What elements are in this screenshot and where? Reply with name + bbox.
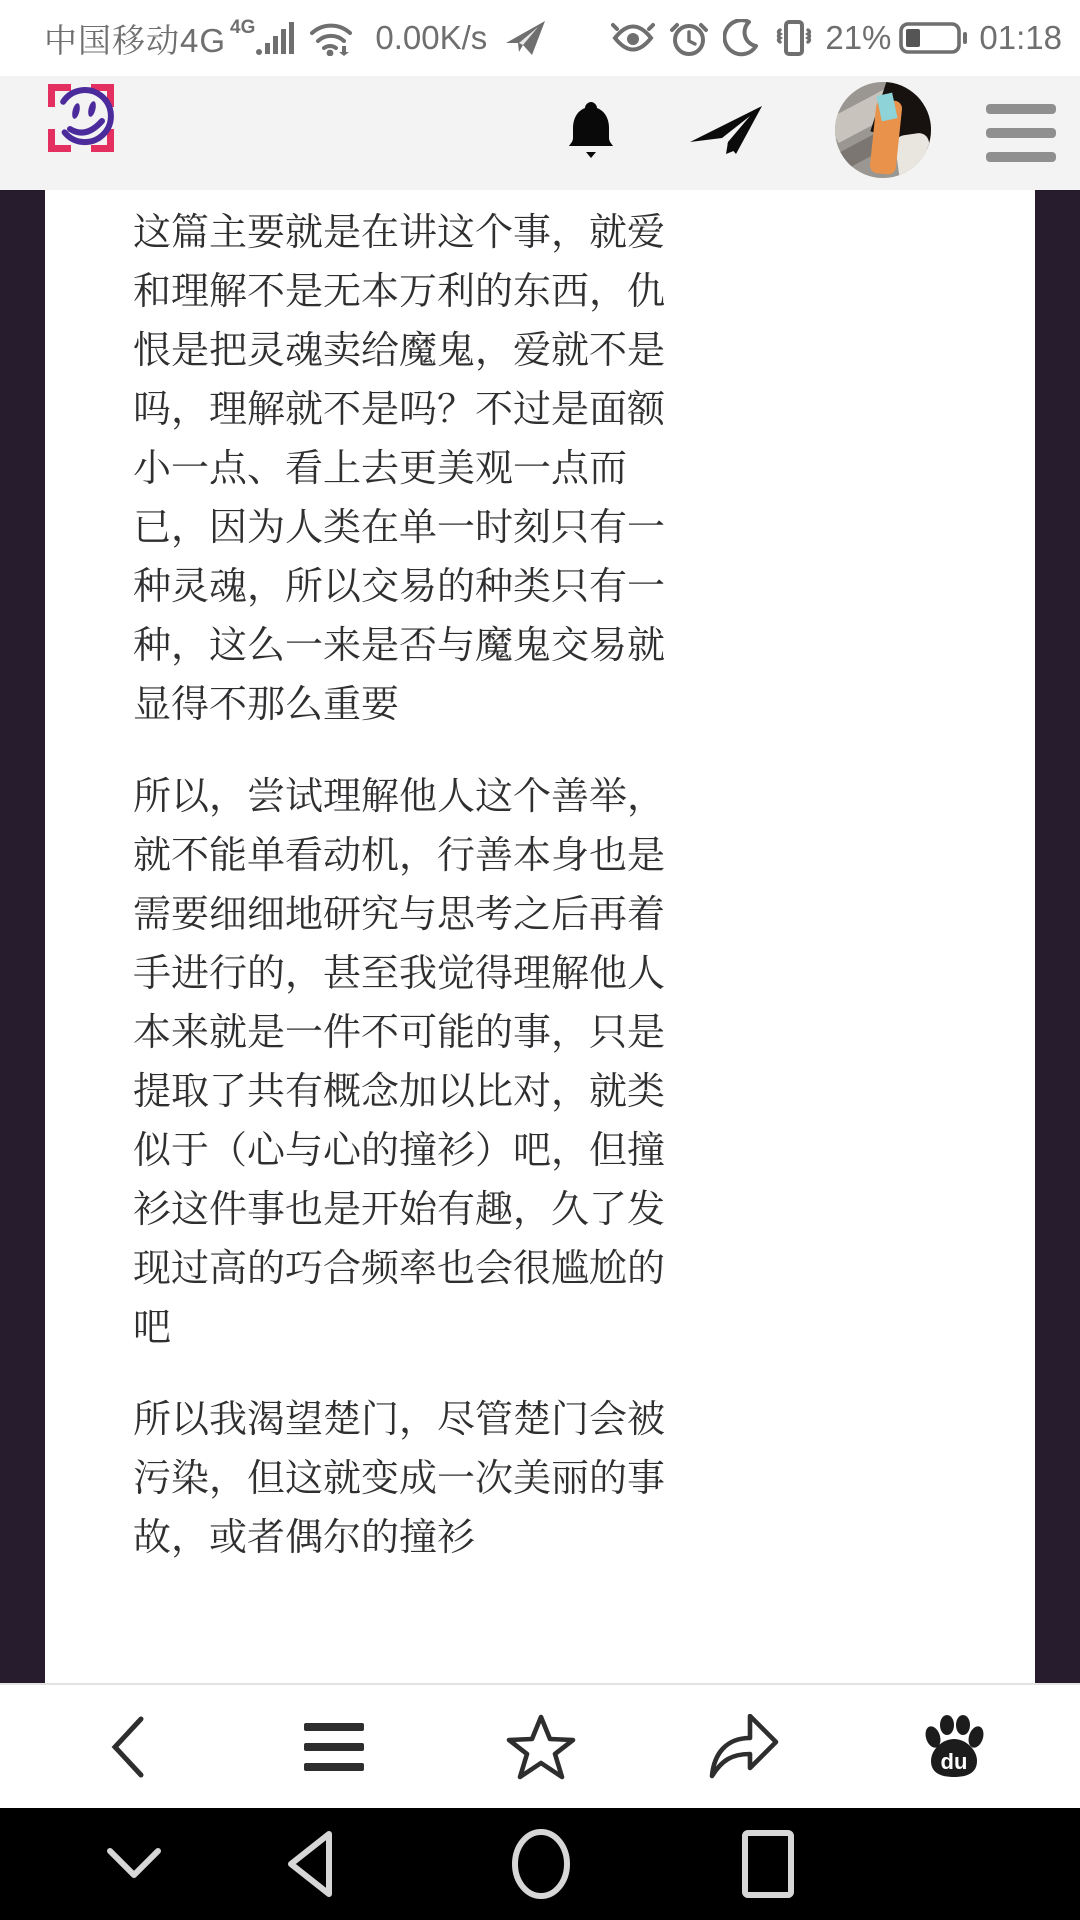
nav-home-icon bbox=[509, 1828, 573, 1900]
send-plane-icon[interactable] bbox=[688, 104, 766, 161]
text-line: 吗，理解就不是吗？不过是面额 bbox=[133, 381, 975, 440]
text-line: 似于（心与心的撞衫）吧，但撞 bbox=[133, 1122, 975, 1181]
clock-label: 01:18 bbox=[979, 19, 1062, 57]
text-line: 需要细细地研究与思考之后再着 bbox=[133, 886, 975, 945]
nav-recents-icon bbox=[740, 1828, 796, 1900]
text-line: 手进行的，甚至我觉得理解他人 bbox=[133, 945, 975, 1004]
network-speed: 0.00K/s bbox=[375, 19, 487, 57]
baidu-home-button[interactable]: du bbox=[894, 1685, 1014, 1808]
hide-navbar-button[interactable] bbox=[64, 1808, 204, 1920]
avatar-art bbox=[894, 132, 931, 178]
paragraph: 所以我渴望楚门，尽管楚门会被污染，但这就变成一次美丽的事故，或者偶尔的撞衫 bbox=[133, 1391, 975, 1568]
eye-comfort-icon bbox=[611, 21, 655, 55]
nav-recents-button[interactable] bbox=[698, 1808, 838, 1920]
text-line: 本来就是一件不可能的事，只是 bbox=[133, 1004, 975, 1063]
paragraph: 所以，尝试理解他人这个善举，就不能单看动机，行善本身也是需要细细地研究与思考之后… bbox=[133, 768, 975, 1358]
battery-icon bbox=[899, 20, 969, 56]
alarm-icon bbox=[669, 19, 709, 57]
text-line: 这篇主要就是在讲这个事，就爱 bbox=[133, 204, 975, 263]
user-avatar[interactable] bbox=[835, 82, 931, 178]
hide-navbar-chevron-icon bbox=[106, 1847, 162, 1881]
text-line: 恨是把灵魂卖给魔鬼，爱就不是 bbox=[133, 322, 975, 381]
bookmark-button[interactable] bbox=[481, 1685, 601, 1808]
nav-home-button[interactable] bbox=[471, 1808, 611, 1920]
hamburger-menu-icon[interactable] bbox=[986, 102, 1056, 169]
text-line: 就不能单看动机，行善本身也是 bbox=[133, 827, 975, 886]
svg-text:du: du bbox=[941, 1749, 968, 1774]
back-button[interactable] bbox=[67, 1685, 187, 1808]
menu-lines-icon bbox=[302, 1719, 366, 1775]
text-line: 和理解不是无本万利的东西，仇 bbox=[133, 263, 975, 322]
text-line: 小一点、看上去更美观一点而 bbox=[133, 440, 975, 499]
menu-button[interactable] bbox=[274, 1685, 394, 1808]
text-line: 已，因为人类在单一时刻只有一 bbox=[133, 499, 975, 558]
nav-back-icon bbox=[283, 1828, 337, 1900]
do-not-disturb-moon-icon bbox=[723, 19, 759, 57]
baidu-paw-icon: du bbox=[921, 1715, 987, 1779]
text-line: 污染，但这就变成一次美丽的事 bbox=[133, 1450, 975, 1509]
battery-percent-label: 21% bbox=[825, 19, 891, 57]
status-bar: 中国移动4G 4G 0.00 bbox=[0, 0, 1080, 76]
text-line: 衫这件事也是开始有趣，久了发 bbox=[133, 1181, 975, 1240]
text-line: 种灵魂，所以交易的种类只有一 bbox=[133, 558, 975, 617]
notification-bell-icon[interactable] bbox=[567, 98, 615, 165]
text-line: 提取了共有概念加以比对，就类 bbox=[133, 1063, 975, 1122]
share-arrow-icon bbox=[706, 1714, 782, 1780]
carrier-label: 中国移动4G bbox=[44, 15, 226, 62]
back-chevron-icon bbox=[107, 1715, 147, 1779]
text-line: 故，或者偶尔的撞衫 bbox=[133, 1509, 975, 1568]
paragraph: 这篇主要就是在讲这个事，就爱和理解不是无本万利的东西，仇恨是把灵魂卖给魔鬼，爱就… bbox=[133, 204, 975, 735]
text-line: 吧 bbox=[133, 1299, 975, 1358]
share-button[interactable] bbox=[684, 1685, 804, 1808]
network-badge: 4G bbox=[230, 17, 255, 39]
text-line: 显得不那么重要 bbox=[133, 676, 975, 735]
text-line: 现过高的巧合频率也会很尴尬的 bbox=[133, 1240, 975, 1299]
wifi-icon bbox=[309, 20, 355, 56]
article-body: 这篇主要就是在讲这个事，就爱和理解不是无本万利的东西，仇恨是把灵魂卖给魔鬼，爱就… bbox=[45, 190, 1035, 1683]
vibrate-icon bbox=[773, 18, 815, 58]
android-nav-bar bbox=[0, 1808, 1080, 1920]
signal-bars-icon bbox=[255, 19, 295, 57]
phone-screen: 中国移动4G 4G 0.00 bbox=[0, 0, 1080, 1920]
browser-viewport: 这篇主要就是在讲这个事，就爱和理解不是无本万利的东西，仇恨是把灵魂卖给魔鬼，爱就… bbox=[0, 190, 1080, 1683]
smiley-face-icon bbox=[54, 87, 116, 151]
app-header bbox=[0, 76, 1080, 190]
text-line: 所以我渴望楚门，尽管楚门会被 bbox=[133, 1391, 975, 1450]
browser-toolbar: du bbox=[0, 1683, 1080, 1808]
text-line: 所以，尝试理解他人这个善举， bbox=[133, 768, 975, 827]
telegram-plane-icon bbox=[505, 19, 547, 57]
star-icon bbox=[505, 1713, 577, 1781]
text-line: 种，这么一来是否与魔鬼交易就 bbox=[133, 617, 975, 676]
nav-back-button[interactable] bbox=[240, 1808, 380, 1920]
app-logo-smiley[interactable] bbox=[48, 84, 114, 152]
